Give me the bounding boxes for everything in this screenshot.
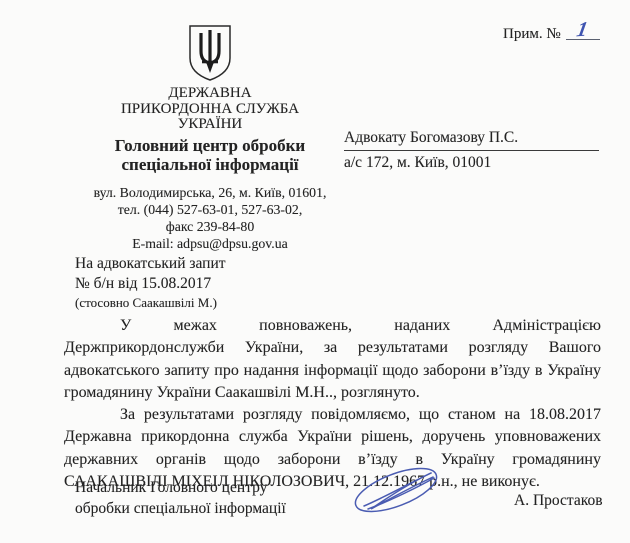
signer-title-line: Начальник Головного центру xyxy=(75,477,286,498)
copy-label: Прим. № xyxy=(503,26,561,42)
recipient-block: Адвокату Богомазову П.С. а/с 172, м. Киї… xyxy=(344,129,599,172)
org-name-line: ПРИКОРДОННА СЛУЖБА xyxy=(55,102,365,118)
org-address: вул. Володимирська, 26, м. Київ, 01601, … xyxy=(55,184,365,252)
org-name-line: УКРАЇНИ xyxy=(55,117,365,133)
recipient-name: Адвокату Богомазову П.С. xyxy=(344,129,599,151)
reference-request: На адвокатський запит xyxy=(75,254,226,274)
trident-emblem-icon xyxy=(187,24,233,82)
signer-title: Начальник Головного центру обробки спеці… xyxy=(75,477,286,519)
recipient-address: а/с 172, м. Київ, 01001 xyxy=(344,151,599,172)
org-address-line: тел. (044) 527-63-01, 527-63-02, xyxy=(55,201,365,218)
org-email: E-mail: adpsu@dpsu.gov.ua xyxy=(55,235,365,252)
reference-number: № б/н від 15.08.2017 xyxy=(75,274,226,294)
body-paragraph-1: У межах повноважень, наданих Адміністрац… xyxy=(64,315,601,404)
center-name: Головний центр обробки спеціальної інфор… xyxy=(55,136,365,174)
org-name-line: ДЕРЖАВНА xyxy=(55,86,365,102)
letterhead: ДЕРЖАВНА ПРИКОРДОННА СЛУЖБА УКРАЇНИ Голо… xyxy=(55,24,365,252)
scanned-letter-page: Прим. №1 ДЕРЖАВНА ПРИКОРДОННА СЛУЖБА УКР… xyxy=(0,0,630,543)
reference-subject: (стосовно Саакашвілі М.) xyxy=(75,293,226,313)
signature-scribble xyxy=(338,456,458,524)
center-name-line: спеціальної інформації xyxy=(55,155,365,174)
copy-number-handwritten: 1 xyxy=(575,19,589,41)
center-name-line: Головний центр обробки xyxy=(55,136,365,155)
reference-block: На адвокатський запит № б/н від 15.08.20… xyxy=(75,254,226,313)
copy-number-block: Прим. №1 xyxy=(503,22,600,43)
signer-name: А. Простаков xyxy=(514,492,603,510)
letter-body: У межах повноважень, наданих Адміністрац… xyxy=(64,315,601,493)
org-address-line: вул. Володимирська, 26, м. Київ, 01601, xyxy=(55,184,365,201)
org-address-line: факс 239-84-80 xyxy=(55,218,365,235)
copy-number-blank: 1 xyxy=(566,22,600,40)
signer-title-line: обробки спеціальної інформації xyxy=(75,498,286,519)
